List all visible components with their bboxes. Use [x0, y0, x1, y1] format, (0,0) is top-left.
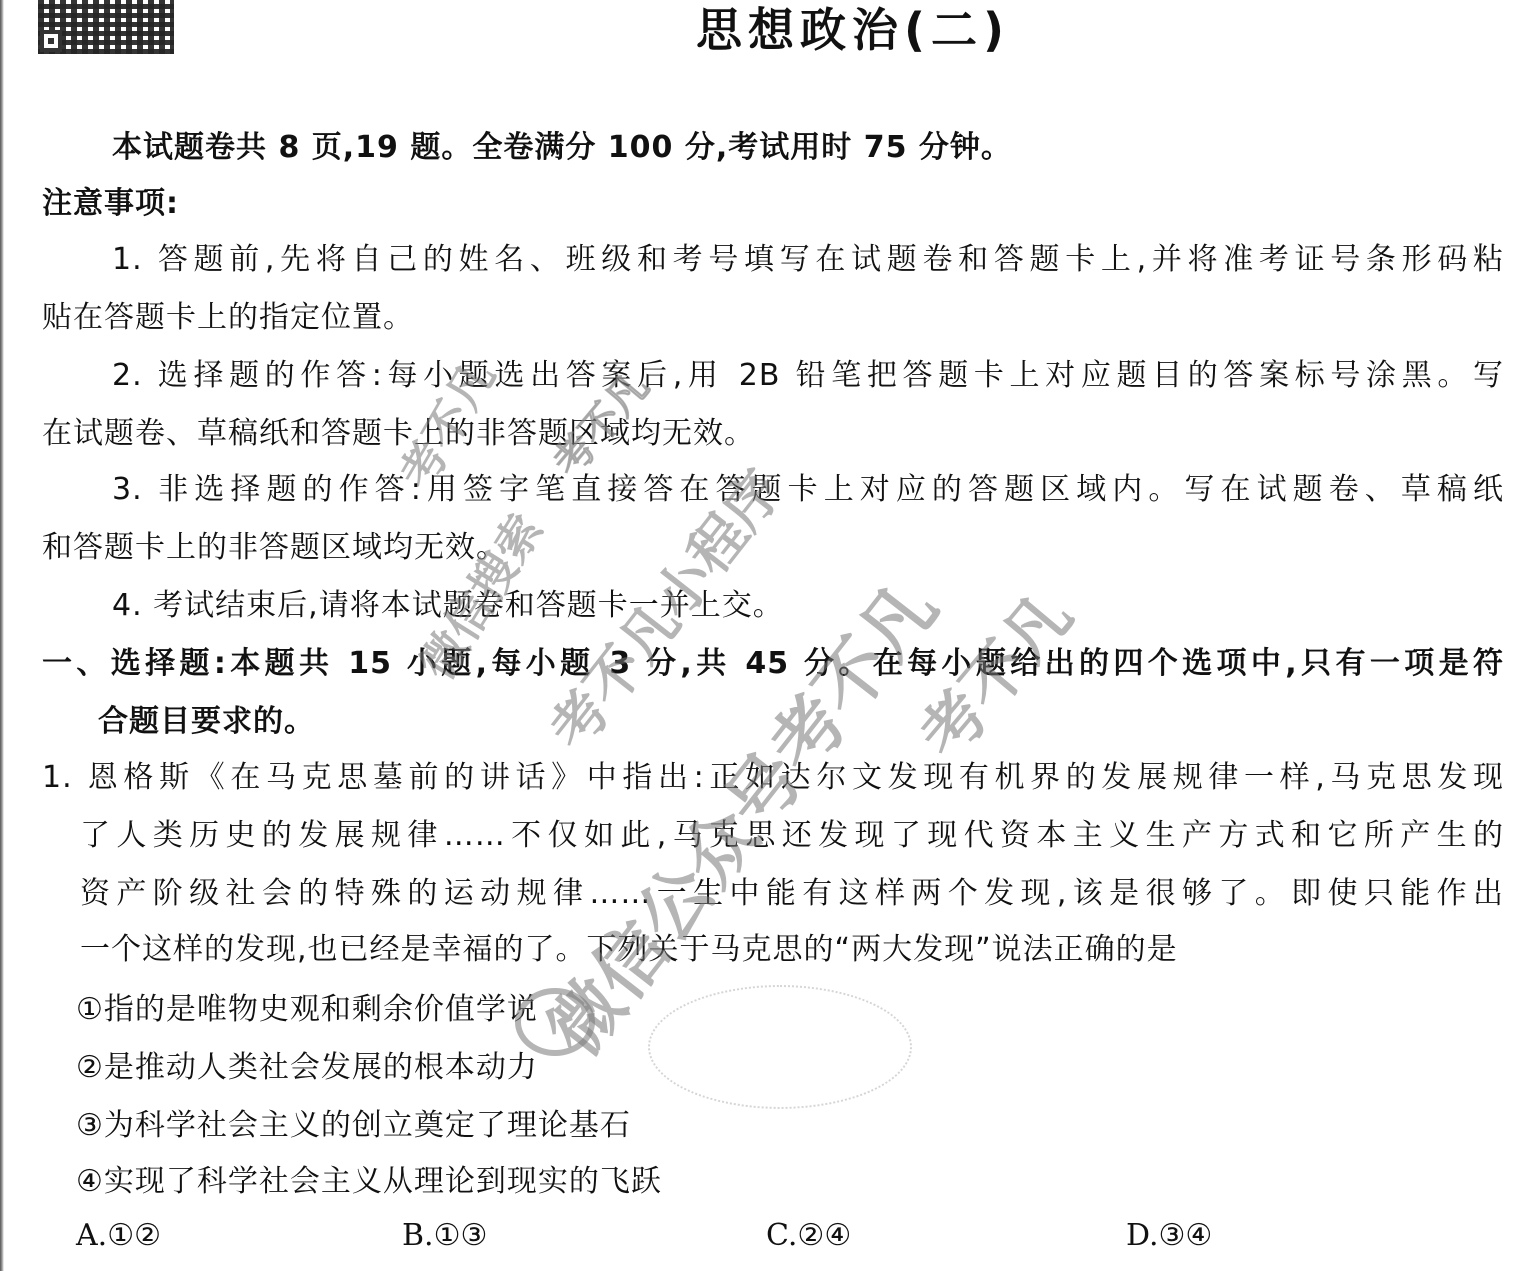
note-3-line-2: 和答题卡上的非答题区域均无效。 [42, 528, 507, 568]
question-1-stem-line-2: 了人类历史的发展规律……不仅如此,马克思还发现了现代资本主义生产方式和它所产生的 [80, 816, 1504, 856]
section-heading-line-1: 一、选择题:本题共 15 小题,每小题 3 分,共 45 分。在每小题给出的四个… [42, 644, 1504, 684]
option-d-label: D. [1126, 1218, 1159, 1253]
statement-2: ②是推动人类社会发展的根本动力 [76, 1048, 538, 1088]
wechat-icon [515, 988, 595, 1056]
question-1-stem-line-3: 资产阶级社会的特殊的运动规律……一生中能有这样两个发现,该是很够了。即使只能作出 [80, 874, 1504, 914]
option-a[interactable]: A.①② [76, 1218, 161, 1253]
option-b[interactable]: B.①③ [402, 1218, 487, 1253]
note-2-line-2: 在试题卷、草稿纸和答题卡上的非答题区域均无效。 [42, 414, 755, 454]
option-a-value: ①② [107, 1218, 161, 1253]
option-a-label: A. [76, 1218, 107, 1253]
answer-options: A.①② B.①③ C.②④ D.③④ [76, 1218, 1376, 1262]
statement-4: ④实现了科学社会主义从理论到现实的飞跃 [76, 1162, 662, 1202]
option-d-value: ③④ [1159, 1218, 1213, 1253]
statement-3: ③为科学社会主义的创立奠定了理论基石 [76, 1106, 631, 1146]
exam-summary: 本试题卷共 8 页,19 题。全卷满分 100 分,考试用时 75 分钟。 [112, 128, 1012, 168]
question-1-stem-line-4: 一个这样的发现,也已经是幸福的了。下列关于马克思的“两大发现”说法正确的是 [80, 930, 1178, 970]
option-c-label: C. [766, 1218, 797, 1253]
option-d[interactable]: D.③④ [1126, 1218, 1212, 1253]
question-1-stem-line-1: 1. 恩格斯《在马克思墓前的讲话》中指出:正如达尔文发现有机界的发展规律一样,马… [42, 758, 1504, 798]
section-heading-line-2: 合题目要求的。 [98, 702, 315, 742]
option-b-value: ①③ [434, 1218, 488, 1253]
note-1-line-1: 1. 答题前,先将自己的姓名、班级和考号填写在试题卷和答题卡上,并将准考证号条形… [112, 240, 1504, 280]
page-title: 思想政治(二) [0, 0, 1526, 60]
note-2-line-1: 2. 选择题的作答:每小题选出答案后,用 2B 铅笔把答题卡上对应题目的答案标号… [112, 356, 1504, 396]
option-c-value: ②④ [797, 1218, 851, 1253]
faint-stamp-mark [648, 985, 912, 1109]
page-edge [0, 0, 4, 1271]
note-4-line-1: 4. 考试结束后,请将本试题卷和答题卡一并上交。 [112, 586, 784, 626]
option-c[interactable]: C.②④ [766, 1218, 851, 1253]
note-1-line-2: 贴在答题卡上的指定位置。 [42, 298, 414, 338]
note-3-line-1: 3. 非选择题的作答:用签字笔直接答在答题卡上对应的答题区域内。写在试题卷、草稿… [112, 470, 1504, 510]
notes-heading: 注意事项: [42, 184, 179, 224]
option-b-label: B. [402, 1218, 434, 1253]
statement-1: ①指的是唯物史观和剩余价值学说 [76, 990, 538, 1030]
